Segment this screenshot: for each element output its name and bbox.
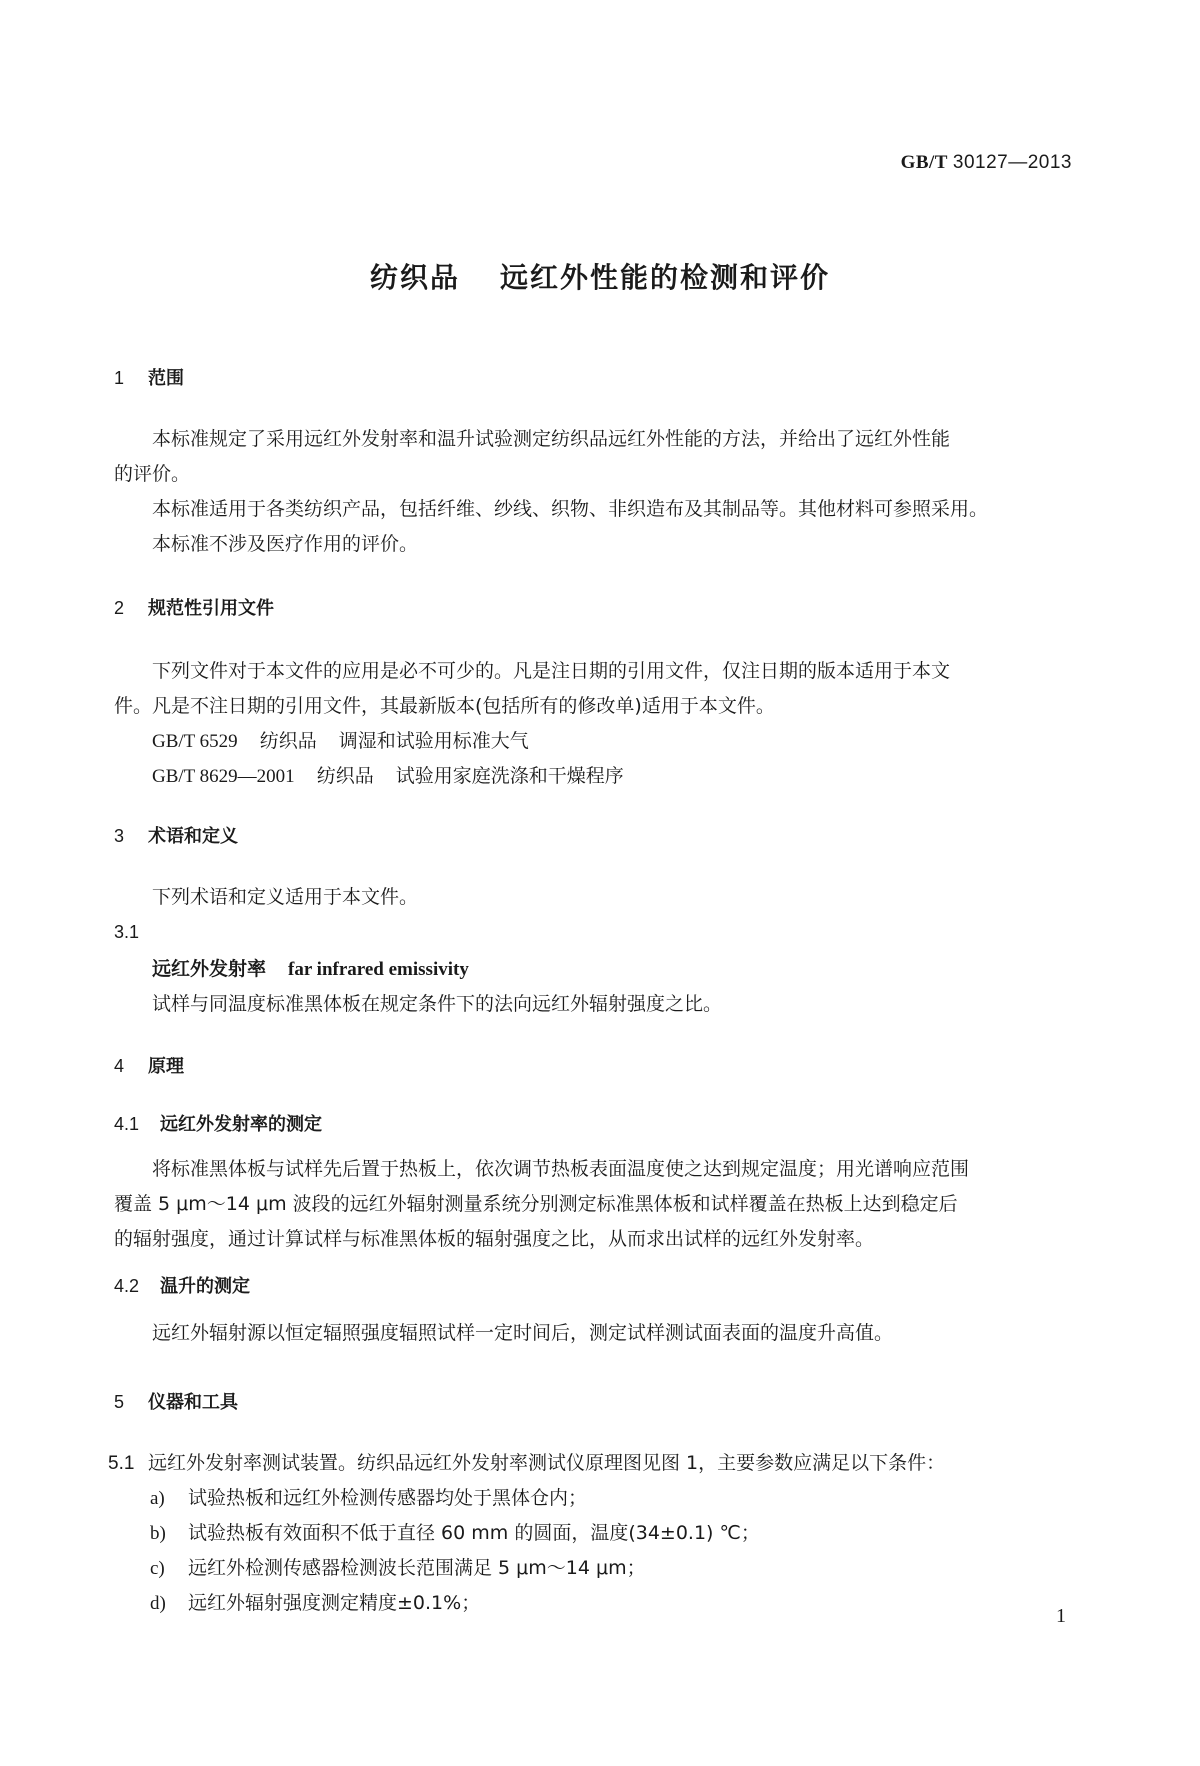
section-title: 规范性引用文件 xyxy=(148,598,274,619)
subsection-title: 温升的测定 xyxy=(160,1276,250,1297)
reference-code: GB/T 8629—2001 xyxy=(152,759,295,794)
list-marker: a) xyxy=(150,1481,188,1516)
reference-category: 纺织品 xyxy=(260,730,317,752)
term-entry: 远红外发射率far infrared emissivity 试样与同温度标准黑体… xyxy=(114,952,1074,1022)
section-number: 2 xyxy=(114,598,148,619)
section-title: 术语和定义 xyxy=(148,826,238,847)
subsection-number: 4.2 xyxy=(114,1276,160,1297)
paragraph-line: 远红外辐射源以恒定辐照强度辐照试样一定时间后，测定试样测试面表面的温度升高值。 xyxy=(114,1316,1074,1351)
section-3-heading: 3术语和定义 xyxy=(114,822,238,848)
list-marker: d) xyxy=(150,1586,188,1621)
normative-reference: GB/T 8629—2001纺织品试验用家庭洗涤和干燥程序 xyxy=(114,759,1074,794)
section-number: 1 xyxy=(114,368,148,389)
normative-reference: GB/T 6529纺织品调湿和试验用标准大气 xyxy=(114,724,1074,759)
section-title: 范围 xyxy=(148,368,184,389)
section-title: 原理 xyxy=(148,1056,184,1077)
list-item-text: 远红外辐射强度测定精度±0.1%； xyxy=(188,1592,480,1614)
list-marker: b) xyxy=(150,1516,188,1551)
section-title: 仪器和工具 xyxy=(148,1392,238,1413)
standard-number: GB/T 30127—2013 xyxy=(901,152,1072,174)
section-1-body: 本标准规定了采用远红外发射率和温升试验测定纺织品远红外性能的方法，并给出了远红外… xyxy=(114,422,1074,562)
subsection-4-2-heading: 4.2温升的测定 xyxy=(114,1272,250,1298)
subsection-title: 远红外发射率的测定 xyxy=(160,1114,322,1135)
paragraph-line: 将标准黑体板与试样先后置于热板上，依次调节热板表面温度使之达到规定温度；用光谱响… xyxy=(114,1152,1074,1187)
list-item-text: 试验热板有效面积不低于直径 60 mm 的圆面，温度(34±0.1) ℃； xyxy=(188,1522,760,1544)
term-number: 3.1 xyxy=(114,922,139,943)
section-3-body: 下列术语和定义适用于本文件。 xyxy=(114,880,1074,915)
document-title: 纺织品远红外性能的检测和评价 xyxy=(0,256,1200,296)
reference-code: GB/T 6529 xyxy=(152,724,238,759)
list-item: c)远红外检测传感器检测波长范围满足 5 μm～14 μm； xyxy=(108,1551,1068,1586)
list-item-text: 试验热板和远红外检测传感器均处于黑体仓内； xyxy=(188,1487,587,1509)
standard-prefix: GB/T xyxy=(901,152,948,173)
section-number: 5 xyxy=(114,1392,148,1413)
list-item-text: 远红外检测传感器检测波长范围满足 5 μm～14 μm； xyxy=(188,1557,646,1579)
section-4-heading: 4原理 xyxy=(114,1052,184,1078)
section-2-body: 下列文件对于本文件的应用是必不可少的。凡是注日期的引用文件，仅注日期的版本适用于… xyxy=(114,654,1074,794)
subsection-4-1-body: 将标准黑体板与试样先后置于热板上，依次调节热板表面温度使之达到规定温度；用光谱响… xyxy=(114,1152,1074,1257)
paragraph-line: 的辐射强度，通过计算试样与标准黑体板的辐射强度之比，从而求出试样的远红外发射率。 xyxy=(114,1222,1074,1257)
reference-title: 试验用家庭洗涤和干燥程序 xyxy=(396,765,624,787)
list-item: d)远红外辐射强度测定精度±0.1%； xyxy=(108,1586,1068,1621)
subsection-4-2-body: 远红外辐射源以恒定辐照强度辐照试样一定时间后，测定试样测试面表面的温度升高值。 xyxy=(114,1316,1074,1351)
paragraph-line: 本标准适用于各类纺织产品，包括纤维、纱线、织物、非织造布及其制品等。其他材料可参… xyxy=(114,492,1074,527)
section-number: 4 xyxy=(114,1056,148,1077)
subsection-5-1-body: 5.1远红外发射率测试装置。纺织品远红外发射率测试仪原理图见图 1，主要参数应满… xyxy=(108,1446,1068,1621)
subsection-text: 远红外发射率测试装置。纺织品远红外发射率测试仪原理图见图 1，主要参数应满足以下… xyxy=(148,1452,945,1474)
term-english: far infrared emissivity xyxy=(288,959,469,980)
subsection-number: 5.1 xyxy=(108,1446,148,1481)
list-item: b)试验热板有效面积不低于直径 60 mm 的圆面，温度(34±0.1) ℃； xyxy=(108,1516,1068,1551)
section-5-heading: 5仪器和工具 xyxy=(114,1388,238,1414)
reference-title: 调湿和试验用标准大气 xyxy=(339,730,529,752)
section-number: 3 xyxy=(114,826,148,847)
section-2-heading: 2规范性引用文件 xyxy=(114,594,274,620)
section-1-heading: 1范围 xyxy=(114,364,184,390)
term-chinese: 远红外发射率 xyxy=(152,958,266,980)
title-part-2: 远红外性能的检测和评价 xyxy=(500,261,830,294)
list-item: a)试验热板和远红外检测传感器均处于黑体仓内； xyxy=(108,1481,1068,1516)
paragraph-line: 本标准不涉及医疗作用的评价。 xyxy=(114,527,1074,562)
section-intro: 下列术语和定义适用于本文件。 xyxy=(114,880,1074,915)
subsection-5-1-line: 5.1远红外发射率测试装置。纺织品远红外发射率测试仪原理图见图 1，主要参数应满… xyxy=(108,1446,1068,1481)
term-heading: 远红外发射率far infrared emissivity xyxy=(114,952,1074,987)
subsection-4-1-heading: 4.1远红外发射率的测定 xyxy=(114,1110,322,1136)
paragraph-line: 的评价。 xyxy=(114,457,1074,492)
reference-category: 纺织品 xyxy=(317,765,374,787)
page-number: 1 xyxy=(1056,1605,1066,1628)
list-marker: c) xyxy=(150,1551,188,1586)
paragraph-line: 件。凡是不注日期的引用文件，其最新版本(包括所有的修改单)适用于本文件。 xyxy=(114,689,1074,724)
paragraph-line: 本标准规定了采用远红外发射率和温升试验测定纺织品远红外性能的方法，并给出了远红外… xyxy=(114,422,1074,457)
standard-number-value: 30127—2013 xyxy=(953,152,1072,173)
term-definition: 试样与同温度标准黑体板在规定条件下的法向远红外辐射强度之比。 xyxy=(114,987,1074,1022)
paragraph-line: 覆盖 5 μm～14 μm 波段的远红外辐射测量系统分别测定标准黑体板和试样覆盖… xyxy=(114,1187,1074,1222)
paragraph-line: 下列文件对于本文件的应用是必不可少的。凡是注日期的引用文件，仅注日期的版本适用于… xyxy=(114,654,1074,689)
title-part-1: 纺织品 xyxy=(370,261,460,294)
subsection-number: 4.1 xyxy=(114,1114,160,1135)
